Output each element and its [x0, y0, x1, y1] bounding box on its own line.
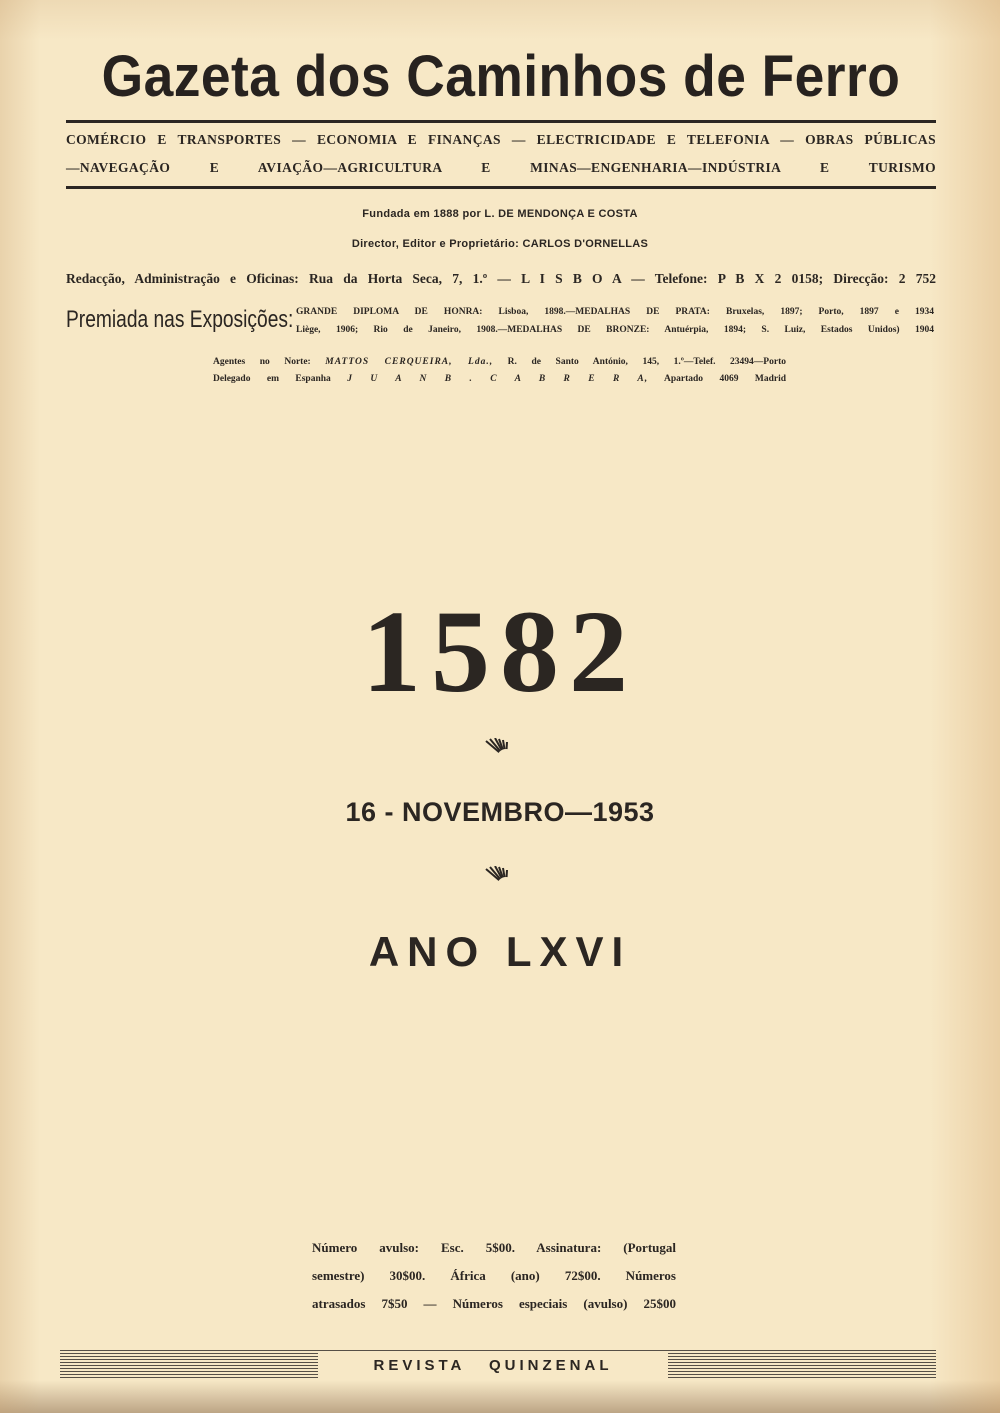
- fan-ornament-icon: [484, 866, 514, 888]
- agents-north-address: R. de Santo António, 145, 1.º—Telef. 234…: [508, 357, 786, 367]
- topics-line-2: —NAVEGAÇÃO E AVIAÇÃO—AGRICULTURA E MINAS…: [66, 160, 936, 176]
- address-line: Redacção, Administração e Oficinas: Rua …: [66, 271, 936, 287]
- awards-line-2: Liège, 1906; Rio de Janeiro, 1908.—MEDAL…: [296, 325, 934, 335]
- agents-spain-prefix: Delegado em Espanha: [213, 374, 331, 384]
- footer-label: REVISTA QUINZENAL: [373, 1357, 612, 1374]
- agents-north-prefix: Agentes no Norte:: [213, 357, 311, 367]
- masthead-rule-top: [66, 120, 936, 123]
- founded-line: Fundada em 1888 por L. DE MENDONÇA E COS…: [0, 208, 1000, 220]
- pricing-line-1: Número avulso: Esc. 5$00. Assinatura: (P…: [312, 1234, 676, 1262]
- awards-label: Premiada nas Exposições:: [66, 306, 293, 334]
- agents-spain-name: J U A N B . C A B R E R A,: [347, 374, 648, 384]
- topics-line-1: COMÉRCIO E TRANSPORTES — ECONOMIA E FINA…: [66, 132, 936, 148]
- agents-north-name: MATTOS CERQUEIRA, Lda.,: [325, 357, 493, 367]
- agents-spain-line: Delegado em Espanha J U A N B . C A B R …: [213, 374, 786, 384]
- masthead-rule-bottom: [66, 186, 936, 189]
- issue-date: 16 - NOVEMBRO—1953: [0, 797, 1000, 828]
- agents-north-line: Agentes no Norte: MATTOS CERQUEIRA, Lda.…: [213, 357, 786, 367]
- awards-line-1: GRANDE DIPLOMA DE HONRA: Lisboa, 1898.—M…: [296, 307, 934, 317]
- issue-number: 1582: [0, 592, 1000, 712]
- fan-ornament-icon: [484, 738, 514, 760]
- footer-label-box: REVISTA QUINZENAL: [318, 1352, 668, 1378]
- masthead-title: Gazeta dos Caminhos de Ferro: [101, 42, 901, 112]
- year-label: ANO LXVI: [0, 928, 1000, 976]
- agents-spain-address: Apartado 4069 Madrid: [664, 374, 786, 384]
- pricing-line-3: atrasados 7$50 — Números especiais (avul…: [312, 1290, 676, 1318]
- director-line: Director, Editor e Proprietário: CARLOS …: [0, 238, 1000, 250]
- pricing-line-2: semestre) 30$00. África (ano) 72$00. Núm…: [312, 1262, 676, 1290]
